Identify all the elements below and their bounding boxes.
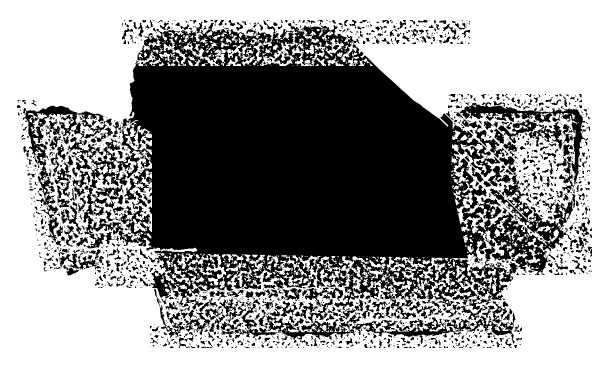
grunge-ink-svg <box>0 0 600 370</box>
top-edge-sprinkle <box>122 20 470 44</box>
blotch-sprinkle <box>512 130 570 226</box>
bottom-edge-sprinkle <box>150 324 522 348</box>
joint-sprinkle <box>95 235 172 288</box>
bottom-strip-erosion-upper <box>153 253 513 302</box>
scratch-line <box>446 40 508 102</box>
right-edge-sprinkle <box>576 108 590 252</box>
wing-top-sprinkle <box>448 94 582 116</box>
grunge-ink-artwork <box>0 0 600 370</box>
grunge-art-layers <box>16 20 592 348</box>
